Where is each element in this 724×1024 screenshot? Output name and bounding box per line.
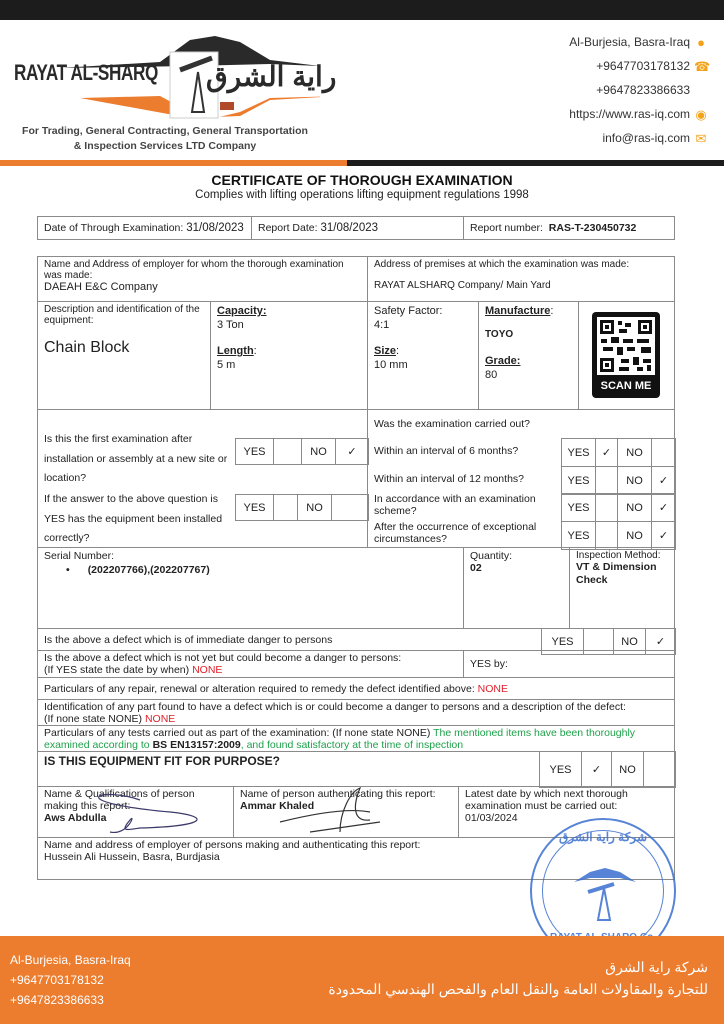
no-label: NO [618,467,652,495]
equipment-name: Chain Block [44,342,204,353]
qr-code[interactable]: SCAN ME [592,312,660,398]
stamp-arabic-text: شركة راية الشرق [532,830,674,844]
yes-label: YES [562,467,596,495]
installed-correctly-question: If the answer to the above question is Y… [44,490,230,549]
globe-icon: ◉ [694,108,708,122]
installed-no-box[interactable] [332,495,369,521]
checkmark-icon: ✓ [602,447,611,459]
no-label: NO [298,495,332,521]
length-label: Length [217,345,254,357]
repair-row: Particulars of any repair, renewal or al… [37,677,675,700]
future-danger-value: NONE [192,664,222,676]
tests-standard: BS EN13157:2009 [153,739,241,751]
interval-no-box[interactable]: ✓ [652,494,676,522]
exam-date: 31/08/2023 [186,222,244,234]
fit-no-box[interactable] [644,752,676,788]
qr-code-icon [597,317,655,375]
premises-value: RAYAT ALSHARQ Company/ Main Yard [374,280,668,291]
safety-factor-label: Safety Factor: [374,304,472,318]
footer-arabic-name: شركة راية الشرق [328,956,708,978]
interval-question: Within an interval of 6 months? [374,445,552,457]
future-danger-cell: Is the above a defect which is not yet b… [37,650,464,678]
certificate-title: CERTIFICATE OF THOROUGH EXAMINATION [0,172,724,188]
repair-label: Particulars of any repair, renewal or al… [44,683,475,695]
immediate-danger-row: Is the above a defect which is of immedi… [37,628,675,651]
no-label: NO [302,439,336,465]
footer: Al-Burjesia, Basra-Iraq +9647703178132 +… [0,936,724,1024]
report-date-cell: Report Date: 31/08/2023 [252,217,464,240]
size-value: 10 mm [374,358,472,372]
top-bar [0,0,724,20]
report-number: RAS-T-230450732 [549,222,637,234]
fit-yes-no: YES ✓ NO [539,751,676,788]
serial-value: (202207766),(202207767) [88,564,210,576]
grade-value: 80 [485,368,572,382]
stamp-gear-derrick-icon [570,858,640,928]
manufacture-grade-cell: Manufacture: TOYO Grade: 80 [478,301,579,410]
length-value: 5 m [217,358,361,372]
footer-address: Al-Burjesia, Basra-Iraq [10,950,131,970]
first-exam-yes-box[interactable] [274,439,302,465]
tagline-line-2: & Inspection Services LTD Company [10,139,320,154]
premises-label: Address of premises at which the examina… [374,259,668,270]
exam-carried-out-heading: Was the examination carried out? [374,418,530,430]
equipment-description-cell: Description and identification of the eq… [37,301,211,410]
location-pin-icon: ● [694,36,708,50]
fit-for-purpose-question: IS THIS EQUIPMENT FIT FOR PURPOSE? [44,754,280,768]
method-label: Inspection Method: [576,550,668,561]
inspection-method-cell: Inspection Method: VT & Dimension Check [569,547,675,629]
tests-row: Particulars of any tests carried out as … [37,725,675,752]
checkmark-icon: ✓ [347,446,356,458]
tagline-line-1: For Trading, General Contracting, Genera… [10,124,320,139]
next-exam-label: Latest date by which next thorough exami… [465,788,668,812]
manufacture-label: Manufacture [485,305,550,317]
footer-arabic: شركة راية الشرق للتجارة والمقاولات العام… [328,956,708,1000]
questions-left-cell: Is this the first examination after inst… [37,409,368,548]
quantity-label: Quantity: [470,550,563,562]
contact-email[interactable]: info@ras-iq.com✉ [569,126,708,150]
certificate-subtitle: Complies with lifting operations lifting… [0,189,724,201]
first-exam-no-box[interactable]: ✓ [336,439,369,465]
interval-question: Within an interval of 12 months? [374,473,552,485]
installed-yes-box[interactable] [274,495,298,521]
repair-value: NONE [478,683,508,695]
header-divider-dark [347,160,724,166]
header-divider-orange [0,160,347,166]
footer-phone-2: +9647823386633 [10,990,131,1010]
interval-yes-no: YES ✓ NO [561,438,676,467]
no-label: NO [612,752,644,788]
footer-phone-1: +9647703178132 [10,970,131,990]
quantity-value: 02 [470,562,563,574]
interval-yes-box[interactable] [596,522,618,550]
footer-contacts: Al-Burjesia, Basra-Iraq +9647703178132 +… [10,950,131,1010]
no-label: NO [618,522,652,550]
employer-value: DAEAH E&C Company [44,282,361,293]
capacity-length-cell: Capacity: 3 Ton Length: 5 m [210,301,368,410]
employer-label: Name and Address of employer for whom th… [44,259,361,281]
interval-yes-box[interactable] [596,467,618,495]
capacity-value: 3 Ton [217,318,361,332]
phone-icon: ☎ [694,60,708,74]
serial-label: Serial Number: [44,550,457,562]
interval-no-box[interactable]: ✓ [652,467,676,495]
yes-by-label: YES by: [470,658,508,670]
part-defect-row: Identification of any part found to have… [37,699,675,726]
interval-yes-box[interactable]: ✓ [596,439,618,467]
grade-label: Grade: [485,354,572,368]
immediate-danger-question: Is the above a defect which is of immedi… [44,634,332,646]
checkmark-icon: ✓ [656,636,665,648]
interval-no-box[interactable] [652,439,676,467]
interval-yes-no: YES NO ✓ [561,466,676,495]
interval-no-box[interactable]: ✓ [652,522,676,550]
equipment-desc-label: Description and identification of the eq… [44,304,204,326]
questions-right-cell: Was the examination carried out? Within … [367,409,675,548]
yes-label: YES [562,494,596,522]
tests-label: Particulars of any tests carried out as … [44,727,430,739]
serial-number-cell: Serial Number: •(202207766),(202207767) [37,547,464,629]
no-label: NO [618,439,652,467]
interval-question: After the occurrence of exceptional circ… [374,521,552,545]
part-defect-label: Identification of any part found to have… [44,701,668,713]
contact-address: Al-Burjesia, Basra-Iraq● [569,30,708,54]
envelope-icon: ✉ [694,132,708,146]
method-value: VT & Dimension Check [576,561,668,587]
yes-label: YES [540,752,582,788]
checkmark-icon: ✓ [659,475,668,487]
logo-arabic: راية الشرق [206,60,336,93]
safety-size-cell: Safety Factor: 4:1 Size: 10 mm [367,301,479,410]
first-exam-question: Is this the first examination after inst… [44,430,230,489]
capacity-label: Capacity: [217,304,361,318]
qr-caption: SCAN ME [592,380,660,392]
safety-factor-value: 4:1 [374,318,472,332]
fit-yes-box[interactable]: ✓ [582,752,612,788]
logo-english: RAYAT AL-SHARQ [14,60,158,86]
contact-phone-2: +9647823386633 [569,78,708,102]
report-number-cell: Report number: RAS-T-230450732 [464,217,675,240]
part-defect-value: NONE [145,713,175,725]
size-label: Size [374,345,396,357]
quantity-cell: Quantity: 02 [463,547,570,629]
yes-label: YES [562,439,596,467]
contact-phone-1: +9647703178132☎ [569,54,708,78]
premises-cell: Address of premises at which the examina… [367,256,675,302]
yes-label: YES [236,439,274,465]
interval-question: In accordance with an examination scheme… [374,493,552,517]
exam-date-cell: Date of Through Examination: 31/08/2023 [38,217,252,240]
footer-arabic-desc: للتجارة والمقاولات العامة والنقل العام و… [328,978,708,1000]
no-label: NO [618,494,652,522]
yes-by-cell: YES by: [463,650,675,678]
contact-website[interactable]: https://www.ras-iq.com◉ [569,102,708,126]
signature-scribbles-icon [40,782,440,842]
yes-label: YES [236,495,274,521]
yes-label: YES [562,522,596,550]
interval-yes-box[interactable] [596,494,618,522]
contact-block: Al-Burjesia, Basra-Iraq● +9647703178132☎… [569,30,708,150]
next-exam-date: 01/03/2024 [465,812,668,824]
company-tagline: For Trading, General Contracting, Genera… [10,124,320,154]
manufacture-value: TOYO [485,328,572,342]
installed-correctly-yes-no: YES NO [235,494,369,521]
qr-cell: SCAN ME [578,301,675,410]
interval-yes-no: YES NO ✓ [561,493,676,522]
report-date: 31/08/2023 [320,222,378,234]
first-exam-yes-no: YES NO ✓ [235,438,369,465]
interval-yes-no: YES NO ✓ [561,521,676,550]
checkmark-icon: ✓ [659,530,668,542]
future-danger-question: Is the above a defect which is not yet b… [44,652,457,664]
meta-row: Date of Through Examination: 31/08/2023 … [37,216,675,240]
checkmark-icon: ✓ [659,502,668,514]
employer-cell: Name and Address of employer for whom th… [37,256,368,302]
checkmark-icon: ✓ [592,764,601,776]
